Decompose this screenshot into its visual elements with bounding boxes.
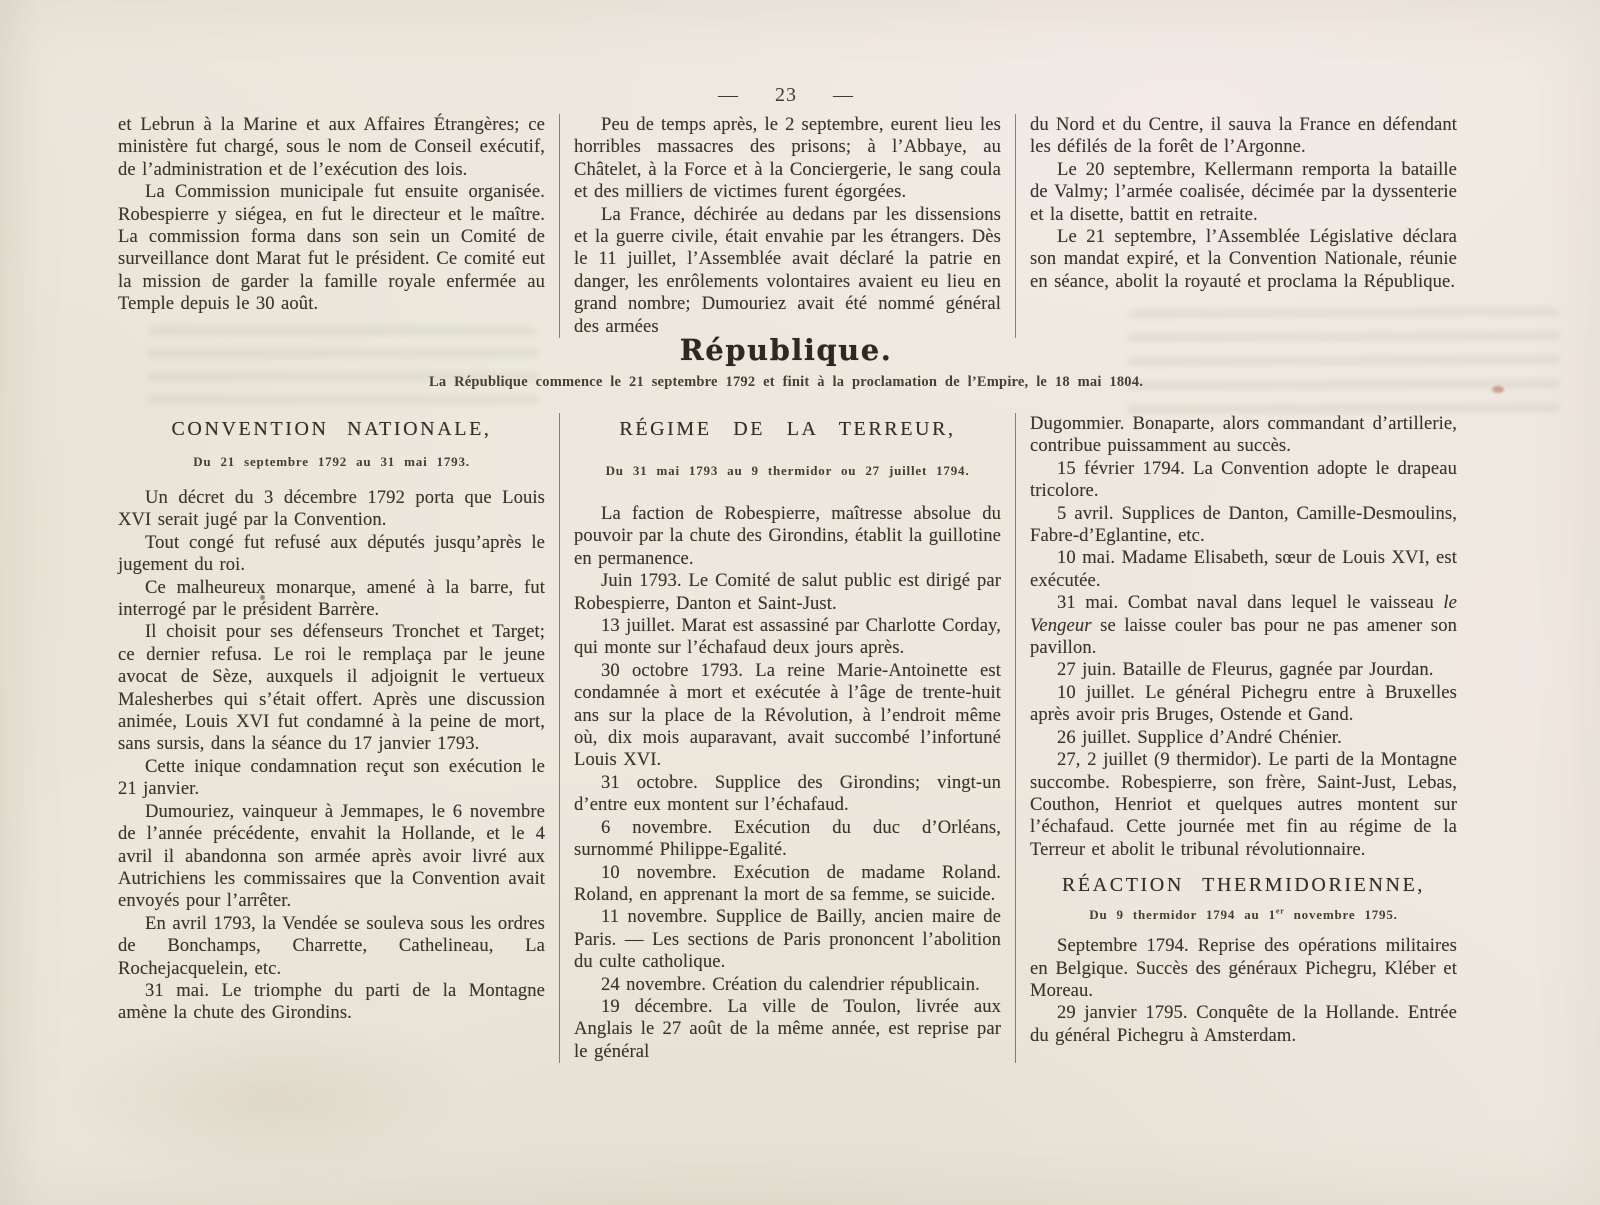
text-segment: 31 mai. Le triomphe du parti de la Monta… xyxy=(118,980,545,1023)
text-segment: 27 juin. Bataille de Fleurus, gagnée par… xyxy=(1057,659,1434,680)
text-segment: 31 octobre. Supplice des Girondins; ving… xyxy=(574,772,1001,815)
paragraph: 15 février 1794. La Convention adopte le… xyxy=(1030,458,1457,503)
page-number: — 23 — xyxy=(0,84,1572,107)
paragraph: Tout congé fut refusé aux députés jusqu’… xyxy=(118,532,545,577)
top-column-right: du Nord et du Centre, il sauva la France… xyxy=(1030,114,1457,338)
paragraph: 6 novembre. Exécution du duc d’Orléans, … xyxy=(574,817,1001,862)
text-segment: RÉACTION THERMIDORIENNE, xyxy=(1062,874,1425,896)
text-segment: Du 31 mai 1793 au 9 thermidor ou 27 juil… xyxy=(606,463,970,478)
paragraph: Le 21 septembre, l’Assemblée Législative… xyxy=(1030,226,1457,293)
text-segment: 5 avril. Supplices de Danton, Camille-De… xyxy=(1030,503,1457,546)
paragraph: 10 novembre. Exécution de madame Roland.… xyxy=(574,862,1001,907)
text-segment: du Nord et du Centre, il sauva la France… xyxy=(1030,114,1457,157)
text-segment: se laisse couler bas pour ne pas amener … xyxy=(1030,615,1457,658)
text-segment: Un décret du 3 décembre 1792 porta que L… xyxy=(118,487,545,530)
paragraph: 31 octobre. Supplice des Girondins; ving… xyxy=(574,772,1001,817)
paragraph: Le 20 septembre, Kellermann remporta la … xyxy=(1030,159,1457,226)
column-divider xyxy=(1015,114,1016,338)
text-segment: 15 février 1794. La Convention adopte le… xyxy=(1030,458,1457,501)
paragraph: 11 novembre. Supplice de Bailly, ancien … xyxy=(574,906,1001,973)
text-segment: novembre 1795. xyxy=(1285,907,1398,922)
text-segment: Le 20 septembre, Kellermann remporta la … xyxy=(1030,159,1457,225)
text-segment: 30 octobre 1793. La reine Marie-Antoinet… xyxy=(574,660,1001,771)
paragraph: 31 mai. Le triomphe du parti de la Monta… xyxy=(118,980,545,1025)
text-segment: Peu de temps après, le 2 septembre, eure… xyxy=(574,114,1001,202)
book-page: — 23 — et Lebrun à la Marine et aux Affa… xyxy=(0,0,1600,1205)
paragraph: Il choisit pour ses défenseurs Tronchet … xyxy=(118,621,545,755)
paragraph: 30 octobre 1793. La reine Marie-Antoinet… xyxy=(574,660,1001,772)
column-divider xyxy=(559,114,560,338)
republique-subtitle: La République commence le 21 septembre 1… xyxy=(0,374,1572,391)
paragraph: La France, déchirée au dedans par les di… xyxy=(574,204,1001,338)
text-segment: Ce malheureux monarque, amené à la barre… xyxy=(118,577,545,620)
text-segment: et Lebrun à la Marine et aux Affaires Ét… xyxy=(118,114,545,180)
top-section: et Lebrun à la Marine et aux Affaires Ét… xyxy=(118,114,1457,338)
text-segment: La Commission municipale fut ensuite org… xyxy=(118,181,545,314)
text-segment: 31 mai. Combat naval dans lequel le vais… xyxy=(1057,592,1443,613)
section-heading: RÉGIME DE LA TERREUR, xyxy=(574,418,1001,441)
paragraph: du Nord et du Centre, il sauva la France… xyxy=(1030,114,1457,159)
text-segment: 19 décembre. La ville de Toulon, livrée … xyxy=(574,996,1001,1062)
section-heading: RÉACTION THERMIDORIENNE, xyxy=(1030,874,1457,897)
text-segment: Dumouriez, vainqueur à Jemmapes, le 6 no… xyxy=(118,801,545,912)
paragraph: 10 mai. Madame Elisabeth, sœur de Louis … xyxy=(1030,547,1457,592)
paragraph: 26 juillet. Supplice d’André Chénier. xyxy=(1030,727,1457,749)
republique-title: République. xyxy=(0,333,1572,367)
text-segment: Dugommier. Bonaparte, alors commandant d… xyxy=(1030,413,1457,456)
paragraph: 27 juin. Bataille de Fleurus, gagnée par… xyxy=(1030,659,1457,681)
text-segment: 6 novembre. Exécution du duc d’Orléans, … xyxy=(574,817,1001,860)
paragraph: 5 avril. Supplices de Danton, Camille-De… xyxy=(1030,503,1457,548)
paragraph: En avril 1793, la Vendée se souleva sous… xyxy=(118,913,545,980)
paragraph: Cette inique condamnation reçut son exéc… xyxy=(118,756,545,801)
text-segment: 10 juillet. Le général Pichegru entre à … xyxy=(1030,682,1457,725)
text-segment: RÉGIME DE LA TERREUR, xyxy=(619,418,955,440)
text-segment: 24 novembre. Création du calendrier répu… xyxy=(601,974,980,995)
paragraph: Peu de temps après, le 2 septembre, eure… xyxy=(574,114,1001,204)
paragraph: 24 novembre. Création du calendrier répu… xyxy=(574,974,1001,996)
text-segment: 26 juillet. Supplice d’André Chénier. xyxy=(1057,727,1342,748)
paragraph: Ce malheureux monarque, amené à la barre… xyxy=(118,577,545,622)
paragraph: 27, 2 juillet (9 thermidor). Le parti de… xyxy=(1030,749,1457,861)
main-column-convention: CONVENTION NATIONALE,Du 21 septembre 179… xyxy=(118,413,545,1063)
text-segment: Le 21 septembre, l’Assemblée Législative… xyxy=(1030,226,1457,292)
text-segment: Cette inique condamnation reçut son exéc… xyxy=(118,756,545,799)
text-segment: La faction de Robespierre, maîtresse abs… xyxy=(574,503,1001,569)
text-segment: 10 mai. Madame Elisabeth, sœur de Louis … xyxy=(1030,547,1457,590)
paragraph: 13 juillet. Marat est assassiné par Char… xyxy=(574,615,1001,660)
paragraph: Septembre 1794. Reprise des opérations m… xyxy=(1030,935,1457,1002)
text-segment: Il choisit pour ses défenseurs Tronchet … xyxy=(118,621,545,754)
text-segment: Du 21 septembre 1792 au 31 mai 1793. xyxy=(193,454,470,469)
column-divider xyxy=(559,413,560,1063)
main-section: CONVENTION NATIONALE,Du 21 septembre 179… xyxy=(118,413,1457,1063)
section-subheading: Du 21 septembre 1792 au 31 mai 1793. xyxy=(118,454,545,470)
main-column-terreur: RÉGIME DE LA TERREUR,Du 31 mai 1793 au 9… xyxy=(574,413,1001,1063)
text-segment: Du 9 thermidor 1794 au 1 xyxy=(1089,907,1276,922)
text-segment: 13 juillet. Marat est assassiné par Char… xyxy=(574,615,1001,658)
text-segment: En avril 1793, la Vendée se souleva sous… xyxy=(118,913,545,979)
paragraph: Dumouriez, vainqueur à Jemmapes, le 6 no… xyxy=(118,801,545,913)
text-segment: Septembre 1794. Reprise des opérations m… xyxy=(1030,935,1457,1001)
section-subheading: Du 9 thermidor 1794 au 1er novembre 1795… xyxy=(1030,907,1457,923)
paragraph: Juin 1793. Le Comité de salut public est… xyxy=(574,570,1001,615)
top-column-middle: Peu de temps après, le 2 septembre, eure… xyxy=(574,114,1001,338)
superscript-text: er xyxy=(1276,907,1285,916)
paragraph: Un décret du 3 décembre 1792 porta que L… xyxy=(118,487,545,532)
main-column-thermidor: Dugommier. Bonaparte, alors commandant d… xyxy=(1030,413,1457,1063)
text-segment: 11 novembre. Supplice de Bailly, ancien … xyxy=(574,906,1001,972)
paragraph: 29 janvier 1795. Conquête de la Hollande… xyxy=(1030,1002,1457,1047)
text-segment: 27, 2 juillet (9 thermidor). Le parti de… xyxy=(1030,749,1457,860)
paragraph: 31 mai. Combat naval dans lequel le vais… xyxy=(1030,592,1457,659)
paragraph: 10 juillet. Le général Pichegru entre à … xyxy=(1030,682,1457,727)
paragraph: Dugommier. Bonaparte, alors commandant d… xyxy=(1030,413,1457,458)
text-segment: La France, déchirée au dedans par les di… xyxy=(574,204,1001,337)
column-divider xyxy=(1015,413,1016,1063)
paragraph: La faction de Robespierre, maîtresse abs… xyxy=(574,503,1001,570)
text-segment: 10 novembre. Exécution de madame Roland.… xyxy=(574,862,1001,905)
section-heading: CONVENTION NATIONALE, xyxy=(118,418,545,441)
paragraph: La Commission municipale fut ensuite org… xyxy=(118,181,545,315)
text-segment: CONVENTION NATIONALE, xyxy=(171,418,491,440)
republique-header: République. La République commence le 21… xyxy=(0,333,1572,391)
section-subheading: Du 31 mai 1793 au 9 thermidor ou 27 juil… xyxy=(574,463,1001,479)
text-segment: Juin 1793. Le Comité de salut public est… xyxy=(574,570,1001,613)
text-segment: Tout congé fut refusé aux députés jusqu’… xyxy=(118,532,545,575)
text-segment: 29 janvier 1795. Conquête de la Hollande… xyxy=(1030,1002,1457,1045)
top-column-left: et Lebrun à la Marine et aux Affaires Ét… xyxy=(118,114,545,338)
paragraph: 19 décembre. La ville de Toulon, livrée … xyxy=(574,996,1001,1063)
paragraph: et Lebrun à la Marine et aux Affaires Ét… xyxy=(118,114,545,181)
